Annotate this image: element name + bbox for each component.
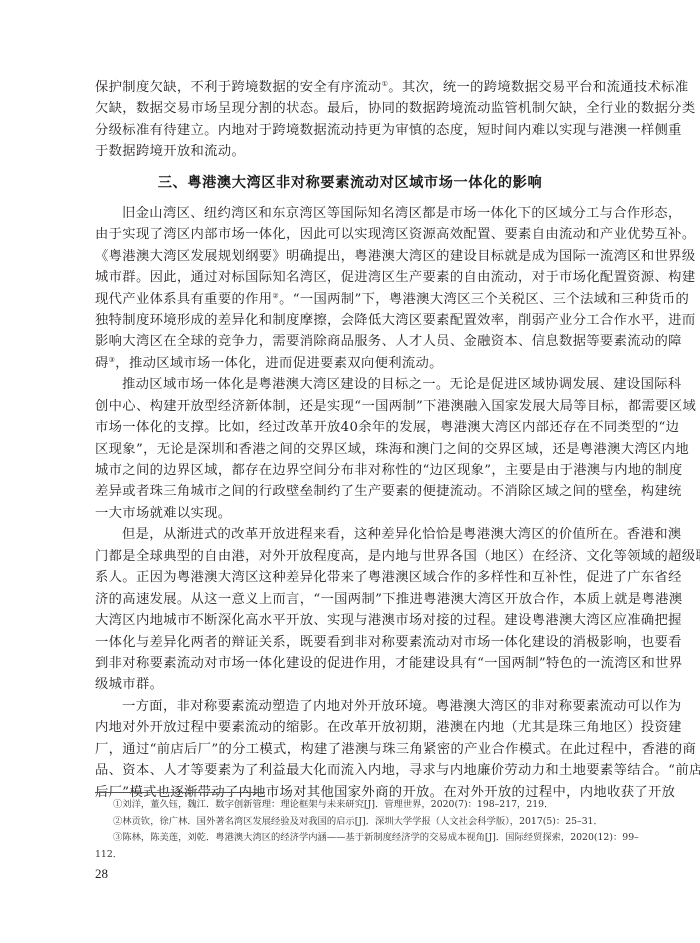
intro-paragraph: 保护制度欠缺，不利于跨境数据的安全有序流动①。其次，统一的跨境数据交易平台和流通…	[95, 77, 605, 163]
text-line: 品、资本、人才等要素为了利益最大化而流入内地，寻求与内地廉价劳动力和土地要素等结…	[95, 760, 605, 781]
text-line: 到非对称要素流动对市场一体化建设的促进作用，才能建设具有“一国两制”特色的一流湾…	[95, 653, 605, 674]
text-line: 门都是全球典型的自由港，对外开放程度高，是内地与世界各国（地区）在经济、文化等领…	[95, 546, 605, 567]
text-line: 区现象”，无论是深圳和香港之间的交界区域，珠海和澳门之间的交界区域，还是粤港澳大…	[95, 439, 605, 460]
paragraph-2: 推动区域市场一体化是粤港澳大湾区建设的目标之一。无论是促进区域协调发展、建设国际…	[95, 374, 605, 524]
paragraph-4: 一方面，非对称要素流动塑造了内地对外开放环境。粤港澳大湾区的非对称要素流动可以作…	[95, 696, 605, 803]
text-line: 差异或者珠三角城市之间的行政壁垒制约了生产要素的便捷流动。不消除区域之间的壁垒，…	[95, 481, 605, 502]
document-page: 保护制度欠缺，不利于跨境数据的安全有序流动①。其次，统一的跨境数据交易平台和流通…	[0, 0, 700, 943]
footnote-3: ③陈林，陈美莲，刘乾．粤港澳大湾区的经济学内涵——基于新制度经济学的交易成本视角…	[95, 830, 605, 847]
text-line: 现代产业体系具有重要的作用②。“一国两制”下，粤港澳大湾区三个关税区、三个法域和…	[95, 289, 605, 310]
text-line: 一大市场就难以实现。	[95, 503, 605, 524]
text-line: 独特制度环境形成的差异化和制度摩擦，会降低大湾区要素配置效率，削弱产业分工合作水…	[95, 310, 605, 331]
body-text: 保护制度欠缺，不利于跨境数据的安全有序流动①。其次，统一的跨境数据交易平台和流通…	[95, 77, 605, 803]
footnote-3-continued: 112．	[95, 847, 605, 864]
page-number: 28	[95, 866, 108, 882]
text-line: 但是，从渐进式的改革开放进程来看，这种差异化恰恰是粤港澳大湾区的价值所在。香港和…	[95, 524, 605, 545]
text-line: 一方面，非对称要素流动塑造了内地对外开放环境。粤港澳大湾区的非对称要素流动可以作…	[95, 696, 605, 717]
text-line: 欠缺，数据交易市场呈现分割的状态。最后，协同的数据跨境流动监管机制欠缺，全行业的…	[95, 98, 605, 119]
paragraph-3: 但是，从渐进式的改革开放进程来看，这种差异化恰恰是粤港澳大湾区的价值所在。香港和…	[95, 524, 605, 696]
text-line: 一体化与差异化两者的辩证关系，既要看到非对称要素流动对市场一体化建设的消极影响，…	[95, 632, 605, 653]
text-line: 系人。正因为粤港澳大湾区这种差异化带来了粤港澳区域合作的多样性和互补性，促进了广…	[95, 567, 605, 588]
text-line: 市场一体化的支撑。比如，经过改革开放40余年的发展，粤港澳大湾区内部还存在不同类…	[95, 417, 605, 438]
text-segment: 碍	[95, 356, 109, 371]
text-segment: 保护制度欠缺，不利于跨境数据的安全有序流动	[95, 80, 382, 95]
text-line: 级城市群。	[95, 674, 605, 695]
text-line: 旧金山湾区、纽约湾区和东京湾区等国际知名湾区都是市场一体化下的区域分工与合作形态…	[95, 203, 605, 224]
text-segment: ，推动区域市场一体化，进而促进要素双向便利流动。	[115, 356, 443, 371]
footnotes: ①刘洋，董久钰，魏江．数字创新管理：理论框架与未来研究[J]．管理世界，2020…	[95, 797, 605, 863]
text-line: 分级标准有待建立。内地对于跨境数据流动持更为审慎的态度，短时间内难以实现与港澳一…	[95, 120, 605, 141]
text-line: 影响大湾区在全球的竞争力，需要消除商品服务、人才人员、金融资本、信息数据等要素流…	[95, 331, 605, 352]
footnote-divider	[95, 792, 265, 793]
text-line: 创中心、构建开放型经济新体制，还是实现“一国两制”下港澳融入国家发展大局等目标，…	[95, 396, 605, 417]
text-segment: 。其次，统一的跨境数据交易平台和流通技术标准	[388, 80, 688, 95]
text-line: 济的高速发展。从这一意义上而言，“一国两制”下推进粤港澳大湾区开放合作，本质上就…	[95, 589, 605, 610]
paragraph-1: 旧金山湾区、纽约湾区和东京湾区等国际知名湾区都是市场一体化下的区域分工与合作形态…	[95, 203, 605, 375]
text-line: 城市之间的边界区域，都存在边界空间分布非对称性的“边区现象”，主要是由于港澳与内…	[95, 460, 605, 481]
footnote-2: ②林贡钦，徐广林．国外著名湾区发展经验及对我国的启示[J]．深圳大学学报（人文社…	[95, 814, 605, 831]
text-line: 碍③，推动区域市场一体化，进而促进要素双向便利流动。	[95, 353, 605, 374]
text-line: 城市群。因此，通过对标国际知名湾区，促进湾区生产要素的自由流动，对于市场化配置资…	[95, 267, 605, 288]
text-line: 内地对外开放过程中要素流动的缩影。在改革开放初期，港澳在内地（尤其是珠三角地区）…	[95, 717, 605, 738]
section-heading: 三、粤港澳大湾区非对称要素流动对区域市场一体化的影响	[95, 163, 605, 203]
text-line: 于数据跨境开放和流动。	[95, 141, 605, 162]
text-line: 《粤港澳大湾区发展规划纲要》明确提出，粤港澳大湾区的建设目标就是成为国际一流湾区…	[95, 246, 605, 267]
text-line: 厂，通过“前店后厂”的分工模式，构建了港澳与珠三角紧密的产业合作模式。在此过程中…	[95, 739, 605, 760]
text-segment: 现代产业体系具有重要的作用	[95, 292, 272, 307]
text-segment: 。“一国两制”下，粤港澳大湾区三个关税区、三个法域和三种货币的	[279, 292, 689, 307]
text-line: 推动区域市场一体化是粤港澳大湾区建设的目标之一。无论是促进区域协调发展、建设国际…	[95, 374, 605, 395]
text-line: 由于实现了湾区内部市场一体化，因此可以实现湾区资源高效配置、要素自由流动和产业优…	[95, 224, 605, 245]
text-line: 保护制度欠缺，不利于跨境数据的安全有序流动①。其次，统一的跨境数据交易平台和流通…	[95, 77, 605, 98]
text-line: 大湾区内地城市不断深化高水平开放、实现与港澳市场对接的过程。建设粤港澳大湾区应准…	[95, 610, 605, 631]
footnote-1: ①刘洋，董久钰，魏江．数字创新管理：理论框架与未来研究[J]．管理世界，2020…	[95, 797, 605, 814]
